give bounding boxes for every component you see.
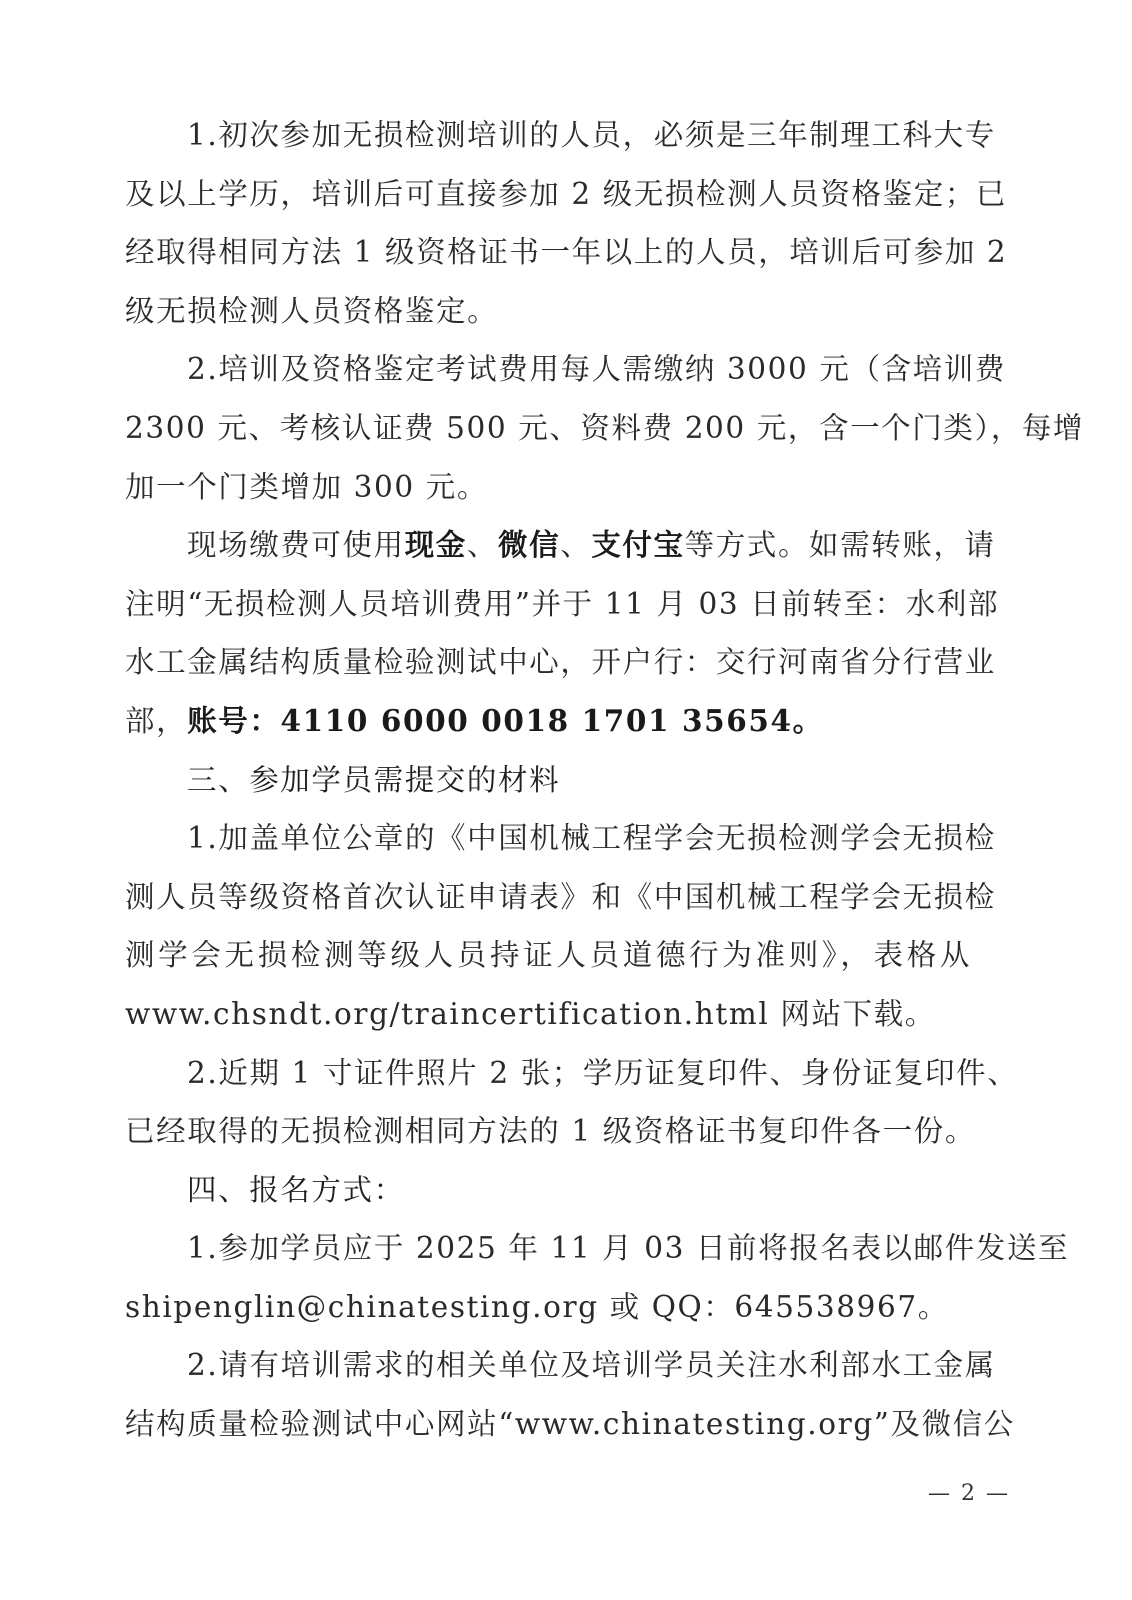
paragraph-line: 加一个门类增加 300 元。 bbox=[125, 458, 971, 517]
qq-number: QQ：645538967。 bbox=[652, 1290, 949, 1324]
paragraph-line: 2.培训及资格鉴定考试费用每人需缴纳 3000 元（含培训费 bbox=[125, 340, 971, 399]
page-number: — 2 — bbox=[928, 1481, 1010, 1506]
paragraph-line: 已经取得的无损检测相同方法的 1 级资格证书复印件各一份。 bbox=[125, 1102, 971, 1161]
text: 、 bbox=[467, 528, 498, 562]
paragraph-line: 1.加盖单位公章的《中国机械工程学会无损检测学会无损检 bbox=[125, 809, 971, 868]
payment-alipay: 支付宝 bbox=[591, 527, 684, 562]
paragraph-line: 及以上学历，培训后可直接参加 2 级无损检测人员资格鉴定；已 bbox=[125, 165, 971, 224]
section-heading: 三、参加学员需提交的材料 bbox=[125, 751, 971, 810]
paragraph-line: 1.初次参加无损检测培训的人员，必须是三年制理工科大专 bbox=[125, 106, 971, 165]
paragraph-line: 测学会无损检测等级人员持证人员道德行为准则》，表格从 bbox=[125, 926, 971, 985]
document-page: 1.初次参加无损检测培训的人员，必须是三年制理工科大专 及以上学历，培训后可直接… bbox=[125, 106, 971, 1454]
paragraph-line: 2.近期 1 寸证件照片 2 张；学历证复印件、身份证复印件、 bbox=[125, 1044, 971, 1103]
payment-cash: 现金 bbox=[405, 527, 467, 562]
text: 部， bbox=[125, 704, 187, 738]
section-heading: 四、报名方式： bbox=[125, 1161, 971, 1220]
download-url-line: www.chsndt.org/traincertification.html 网… bbox=[125, 985, 971, 1044]
text: 等方式。如需转账，请 bbox=[685, 528, 996, 562]
paragraph-line: 结构质量检验测试中心网站“www.chinatesting.org”及微信公 bbox=[125, 1395, 971, 1454]
text: 、 bbox=[560, 528, 591, 562]
paragraph-line: 经取得相同方法 1 级资格证书一年以上的人员，培训后可参加 2 bbox=[125, 223, 971, 282]
bank-account-number: 账号：4110 6000 0018 1701 35654。 bbox=[187, 703, 824, 738]
paragraph-line: 2300 元、考核认证费 500 元、资料费 200 元，含一个门类），每增 bbox=[125, 399, 971, 458]
paragraph-line: 注明“无损检测人员培训费用”并于 11 月 03 日前转至：水利部 bbox=[125, 575, 971, 634]
contact-line: shipenglin@chinatesting.org 或 QQ：6455389… bbox=[125, 1278, 971, 1337]
paragraph-line: 测人员等级资格首次认证申请表》和《中国机械工程学会无损检 bbox=[125, 868, 971, 927]
text: 现场缴费可使用 bbox=[187, 528, 405, 562]
paragraph-line: 1.参加学员应于 2025 年 11 月 03 日前将报名表以邮件发送至 bbox=[125, 1219, 971, 1278]
text: 或 bbox=[599, 1290, 652, 1324]
email-address: shipenglin@chinatesting.org bbox=[125, 1290, 599, 1324]
paragraph-line: 水工金属结构质量检验测试中心，开户行：交行河南省分行营业 bbox=[125, 633, 971, 692]
payment-wechat: 微信 bbox=[498, 527, 560, 562]
paragraph-line: 2.请有培训需求的相关单位及培训学员关注水利部水工金属 bbox=[125, 1336, 971, 1395]
bank-account-line: 部，账号：4110 6000 0018 1701 35654。 bbox=[125, 692, 971, 751]
payment-methods-line: 现场缴费可使用现金、微信、支付宝等方式。如需转账，请 bbox=[125, 516, 971, 575]
paragraph-line: 级无损检测人员资格鉴定。 bbox=[125, 282, 971, 341]
